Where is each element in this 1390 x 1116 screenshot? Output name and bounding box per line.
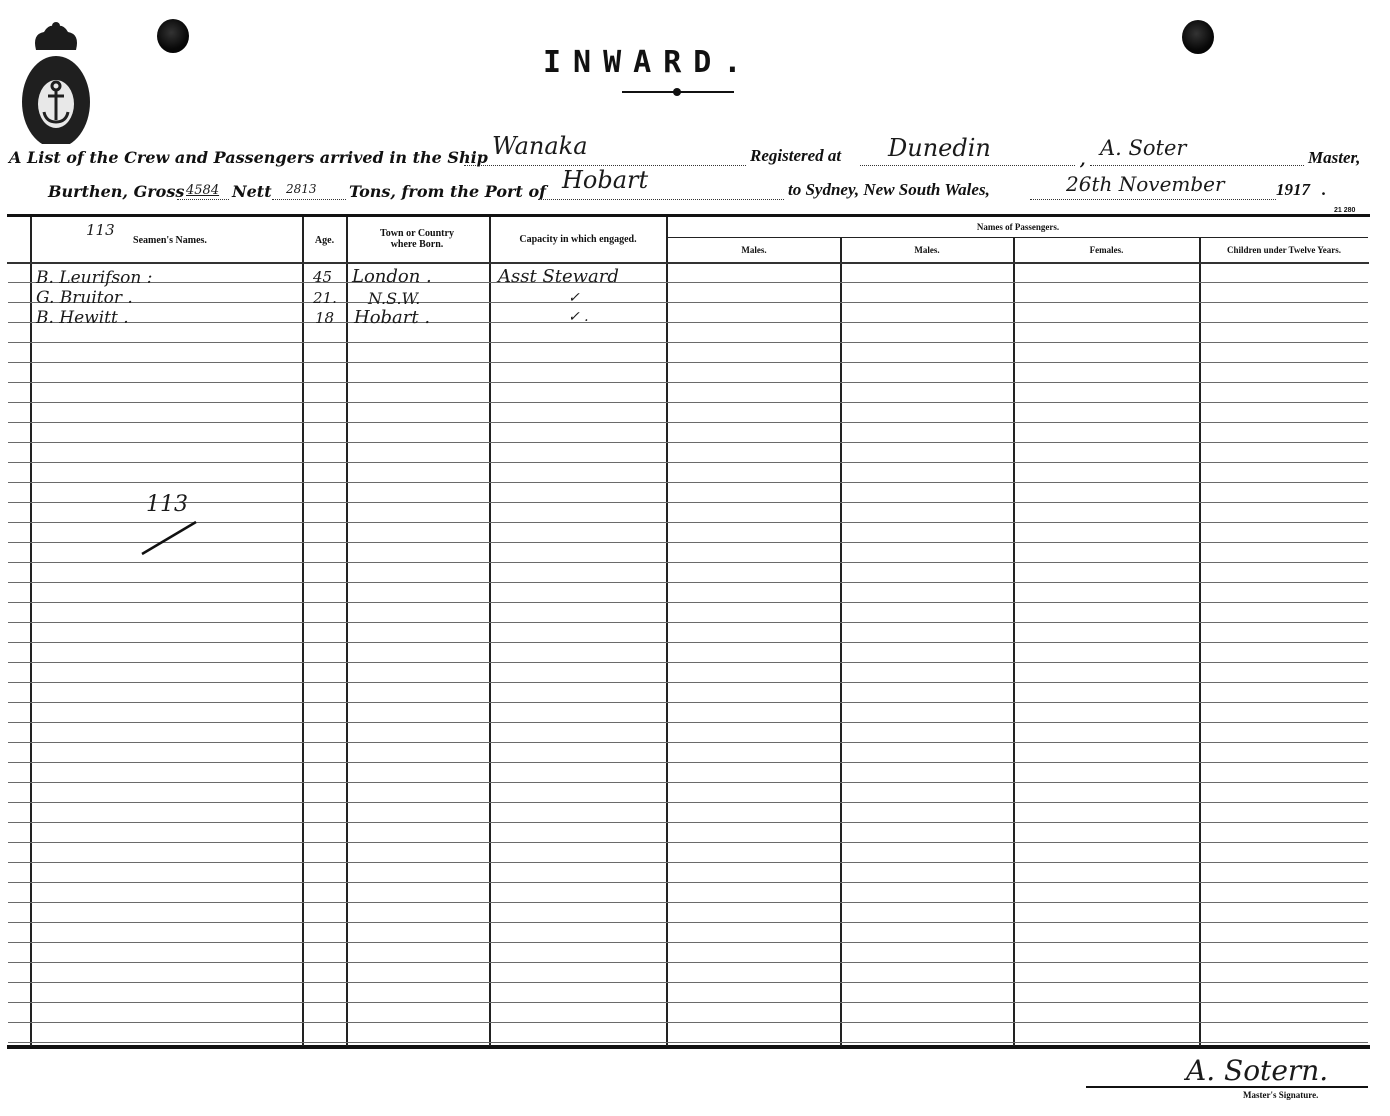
ruled-line xyxy=(8,502,1368,503)
ruled-line xyxy=(8,1002,1368,1003)
page-title: INWARD. xyxy=(543,45,753,80)
ruled-line xyxy=(8,562,1368,563)
ruled-line xyxy=(8,742,1368,743)
ruled-line xyxy=(8,702,1368,703)
col-header-capacity: Capacity in which engaged. xyxy=(490,234,666,245)
punch-hole-right xyxy=(1182,20,1214,54)
intro-line1-prefix: A List of the Crew and Passengers arrive… xyxy=(9,148,488,167)
col-header-passengers-group: Names of Passengers. xyxy=(668,222,1368,233)
seaman-name-cell: B. Leurifson : xyxy=(36,268,153,288)
seaman-name-cell: B. Hewitt . xyxy=(36,308,129,328)
registered-port-field-line xyxy=(860,165,1075,166)
ruled-line xyxy=(8,782,1368,783)
born-cell: London . xyxy=(352,266,432,287)
nett-tons-field[interactable]: 2813 xyxy=(286,182,317,196)
capacity-cell: ✓ xyxy=(568,290,580,306)
crown-anchor-crest-icon xyxy=(14,20,98,144)
signature-label: Master's Signature. xyxy=(1243,1090,1318,1100)
header-bottom-rule xyxy=(7,262,1369,264)
form-number: 21 280 xyxy=(1334,207,1355,214)
age-cell: 18 xyxy=(315,309,334,327)
ruled-line xyxy=(8,622,1368,623)
born-cell: Hobart . xyxy=(354,307,430,328)
burthen-label: Burthen, Gross xyxy=(48,182,184,201)
col-header-children: Children under Twelve Years. xyxy=(1200,245,1368,256)
ruled-line xyxy=(8,682,1368,683)
ruled-line xyxy=(8,382,1368,383)
ruled-line xyxy=(8,642,1368,643)
ruled-line xyxy=(8,882,1368,883)
ruled-line xyxy=(8,822,1368,823)
age-cell: 45 xyxy=(313,268,332,286)
ruled-line xyxy=(8,662,1368,663)
ruled-line xyxy=(8,282,1368,283)
check-stroke-icon xyxy=(138,518,200,558)
ruled-line xyxy=(8,402,1368,403)
ruled-line xyxy=(8,762,1368,763)
ship-name-field[interactable]: Wanaka xyxy=(492,132,588,160)
col-header-seamen-names: Seamen's Names. xyxy=(110,235,230,246)
ruled-line xyxy=(8,422,1368,423)
born-cell: N.S.W. xyxy=(368,289,420,308)
year-label: 1917 xyxy=(1276,180,1310,200)
ruled-line xyxy=(8,902,1368,903)
ruled-line xyxy=(8,302,1368,303)
title-ornament-dot xyxy=(673,88,681,96)
tons-from-port-label: Tons, from the Port of xyxy=(349,182,546,201)
capacity-cell: Asst Steward xyxy=(498,266,619,287)
ruled-line xyxy=(8,322,1368,323)
ruled-line xyxy=(8,802,1368,803)
seaman-name-cell: G. Bruitor . xyxy=(36,288,133,308)
gross-tons-field-line xyxy=(177,199,229,200)
gross-tons-field[interactable]: 4584 xyxy=(186,183,219,198)
registered-label: Registered at xyxy=(750,146,841,166)
nett-tons-field-line xyxy=(272,199,346,200)
ruled-line xyxy=(8,582,1368,583)
ruled-line xyxy=(8,342,1368,343)
ruled-line xyxy=(8,922,1368,923)
ruled-line xyxy=(8,482,1368,483)
master-signature-field[interactable]: A. Sotern. xyxy=(1186,1054,1328,1087)
master-name-field-line xyxy=(1090,165,1304,166)
ruled-line xyxy=(8,962,1368,963)
passengers-subheader-rule xyxy=(668,237,1368,238)
table-bottom-rule xyxy=(7,1045,1370,1049)
date-field[interactable]: 26th November xyxy=(1066,172,1225,196)
ruled-line xyxy=(8,522,1368,523)
ruled-line xyxy=(8,862,1368,863)
col-header-males-2: Males. xyxy=(841,245,1013,256)
ruled-line xyxy=(8,542,1368,543)
capacity-cell: ✓ . xyxy=(568,309,589,325)
age-cell: 21. xyxy=(313,289,337,307)
ruled-line xyxy=(8,362,1368,363)
col-header-males-1: Males. xyxy=(668,245,840,256)
signature-line xyxy=(1086,1086,1368,1088)
nett-label: Nett xyxy=(232,182,272,201)
ruled-line xyxy=(8,982,1368,983)
ruled-line xyxy=(8,842,1368,843)
destination-label: to Sydney, New South Wales, xyxy=(788,180,990,200)
ruled-line xyxy=(8,1042,1368,1043)
ruled-line xyxy=(8,462,1368,463)
date-field-line xyxy=(1030,199,1276,200)
year-suffix: . xyxy=(1322,180,1326,200)
port-from-field[interactable]: Hobart xyxy=(562,166,648,194)
table-top-rule xyxy=(7,214,1370,217)
punch-hole-left xyxy=(157,19,189,53)
ruled-line xyxy=(8,442,1368,443)
master-name-field[interactable]: A. Soter xyxy=(1100,136,1186,160)
ruled-line xyxy=(8,942,1368,943)
col-header-females: Females. xyxy=(1014,245,1199,256)
col-header-town-born: Town or Country where Born. xyxy=(372,228,462,250)
ruled-line xyxy=(8,1022,1368,1023)
master-label: Master, xyxy=(1308,148,1360,168)
registered-port-field[interactable]: Dunedin xyxy=(888,134,991,162)
port-from-field-line xyxy=(538,199,784,200)
margin-annotation: 113 xyxy=(146,492,188,517)
ruled-line xyxy=(8,602,1368,603)
col-header-age: Age. xyxy=(303,235,346,246)
comma-separator: , xyxy=(1080,150,1086,169)
ruled-line xyxy=(8,722,1368,723)
